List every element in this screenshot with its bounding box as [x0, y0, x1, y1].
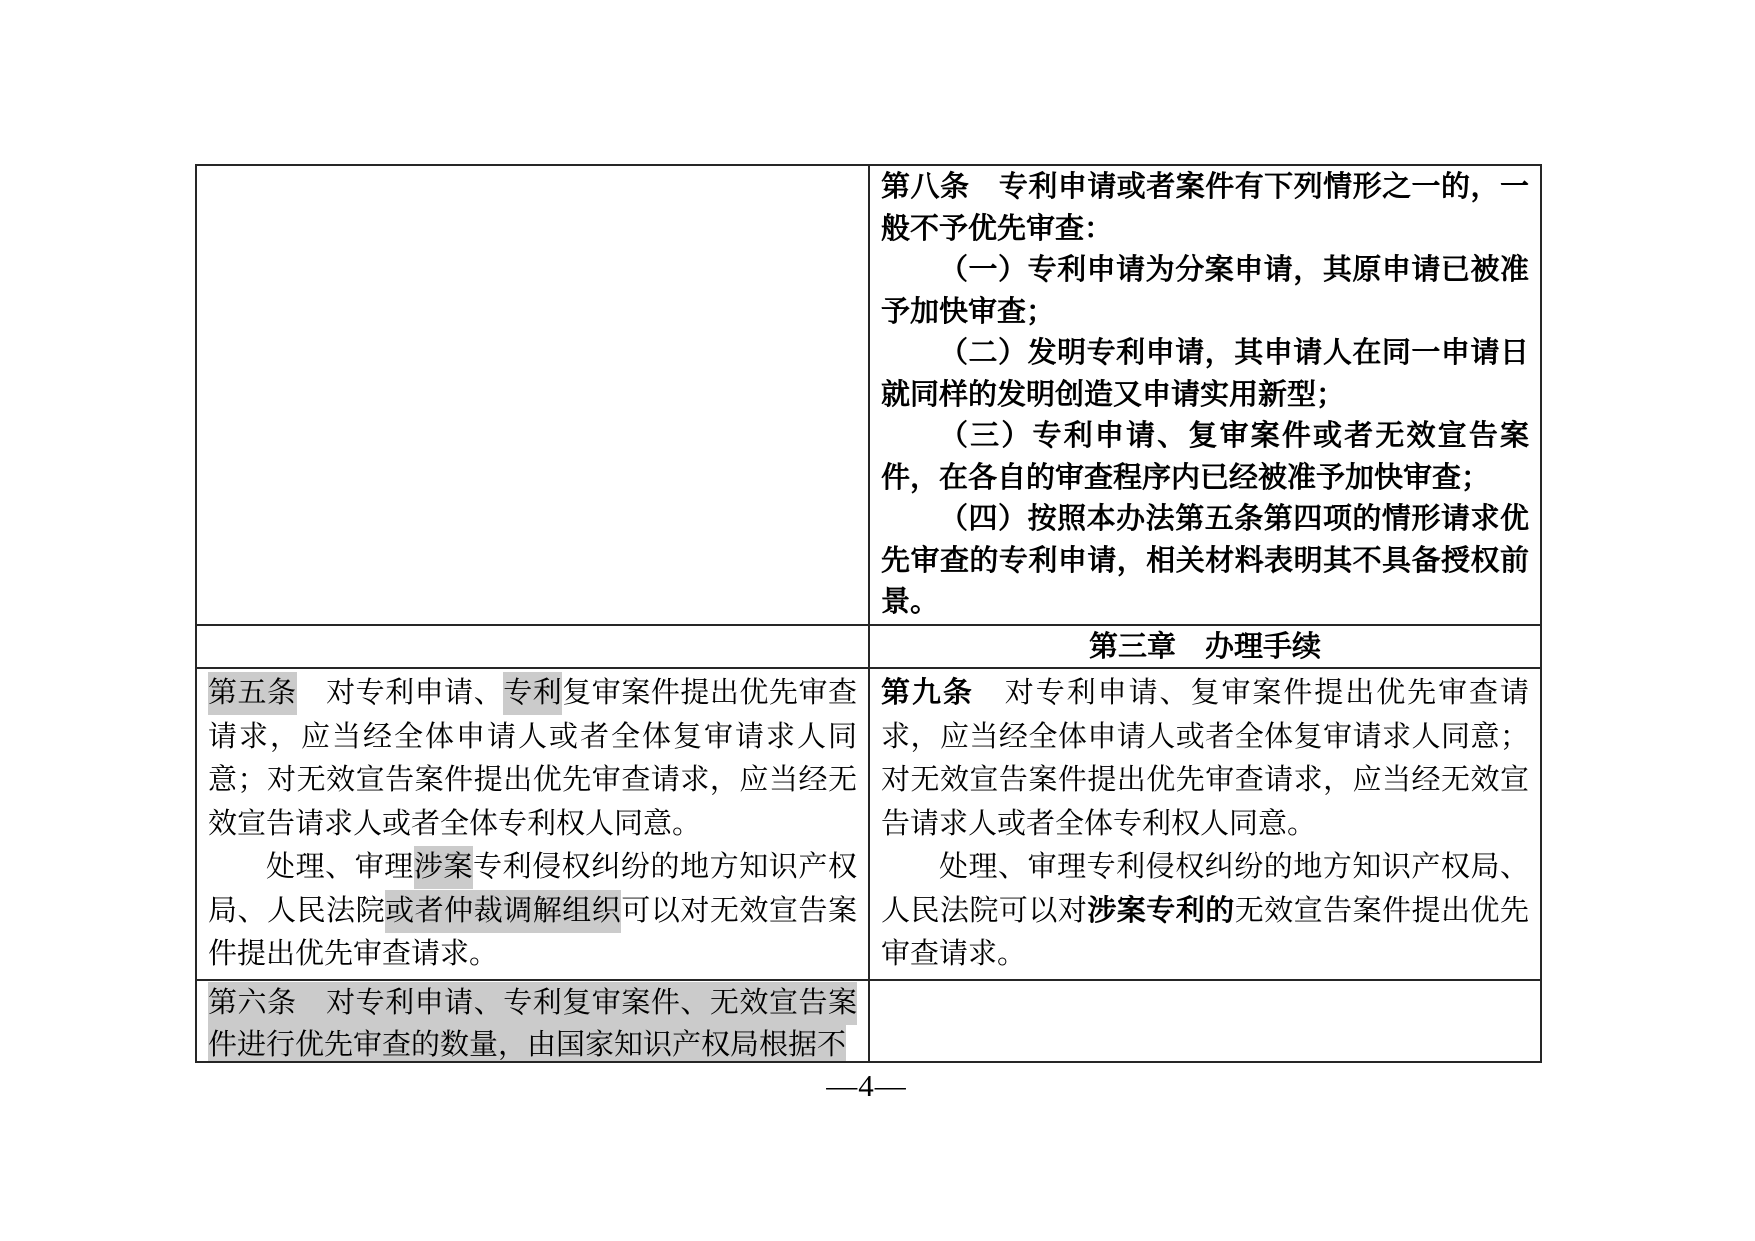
emphasized-text: 第九条	[881, 677, 974, 709]
text-segment: （二）发明专利申请，其申请人在同一申请日就同样的发明创造又申请实用新型；	[881, 337, 1529, 411]
paragraph: （二）发明专利申请，其申请人在同一申请日就同样的发明创造又申请实用新型；	[881, 333, 1529, 416]
highlighted-text: 第五条	[208, 672, 297, 715]
paragraph: 第三章 办理手续	[881, 627, 1529, 667]
row-chapter-3-heading: 第三章 办理手续	[197, 624, 1540, 667]
paragraph: （一）专利申请为分案申请，其原申请已被准予加快审查；	[881, 250, 1529, 333]
comparison-table: 第八条 专利申请或者案件有下列情形之一的，一般不予优先审查：（一）专利申请为分案…	[195, 164, 1542, 1063]
paragraph: 第九条 对专利申请、复审案件提出优先审查请求，应当经全体申请人或者全体复审请求人…	[881, 672, 1529, 846]
row-article-8-right-cell: 第八条 专利申请或者案件有下列情形之一的，一般不予优先审查：（一）专利申请为分案…	[868, 166, 1540, 624]
paragraph: （四）按照本办法第五条第四项的情形请求优先审查的专利申请，相关材料表明其不具备授…	[881, 499, 1529, 624]
highlighted-text: 或者仲裁调解组织	[385, 890, 621, 933]
row-article-8: 第八条 专利申请或者案件有下列情形之一的，一般不予优先审查：（一）专利申请为分案…	[197, 166, 1540, 624]
row-chapter-3-heading-right-cell: 第三章 办理手续	[868, 626, 1540, 667]
paragraph: 第六条 对专利申请、专利复审案件、无效宣告案件进行优先审查的数量，由国家知识产权…	[208, 982, 857, 1061]
row-article-6: 第六条 对专利申请、专利复审案件、无效宣告案件进行优先审查的数量，由国家知识产权…	[197, 979, 1540, 1061]
text-segment: 处理、审理	[266, 851, 414, 883]
text-segment: （四）按照本办法第五条第四项的情形请求优先审查的专利申请，相关材料表明其不具备授…	[881, 503, 1529, 618]
text-segment: 第三章 办理手续	[1089, 631, 1321, 663]
highlighted-text: 专利	[503, 672, 562, 715]
highlighted-text: 第六条 对专利申请、专利复审案件、无效宣告案件进行优先审查的数量，由国家知识产权…	[208, 982, 857, 1061]
row-chapter-3-heading-left-cell	[197, 626, 868, 667]
emphasized-text: 涉案专利的	[1087, 895, 1234, 927]
text-segment: （三）专利申请、复审案件或者无效宣告案件，在各自的审查程序内已经被准予加快审查；	[881, 420, 1529, 494]
paragraph: （三）专利申请、复审案件或者无效宣告案件，在各自的审查程序内已经被准予加快审查；	[881, 416, 1529, 499]
text-segment: 对专利申请、复审案件提出优先审查请求，应当经全体申请人或者全体复审请求人同意；对…	[881, 677, 1529, 840]
text-segment: 对专利申请、	[297, 677, 504, 709]
row-article-5-and-9-left-cell: 第五条 对专利申请、专利复审案件提出优先审查请求，应当经全体申请人或者全体复审请…	[197, 669, 868, 979]
text-segment: （一）专利申请为分案申请，其原申请已被准予加快审查；	[881, 254, 1529, 328]
page-number: —4—	[195, 1068, 1538, 1104]
row-article-5-and-9: 第五条 对专利申请、专利复审案件提出优先审查请求，应当经全体申请人或者全体复审请…	[197, 667, 1540, 979]
paragraph: 处理、审理专利侵权纠纷的地方知识产权局、人民法院可以对涉案专利的无效宣告案件提出…	[881, 846, 1529, 977]
row-article-8-left-cell	[197, 166, 868, 624]
row-article-6-left-cell: 第六条 对专利申请、专利复审案件、无效宣告案件进行优先审查的数量，由国家知识产权…	[197, 981, 868, 1061]
row-article-5-and-9-right-cell: 第九条 对专利申请、复审案件提出优先审查请求，应当经全体申请人或者全体复审请求人…	[868, 669, 1540, 979]
highlighted-text: 涉案	[414, 846, 473, 889]
row-article-6-right-cell	[868, 981, 1540, 1061]
paragraph: 处理、审理涉案专利侵权纠纷的地方知识产权局、人民法院或者仲裁调解组织可以对无效宣…	[208, 846, 857, 977]
text-segment: 第八条 专利申请或者案件有下列情形之一的，一般不予优先审查：	[881, 171, 1529, 245]
paragraph: 第八条 专利申请或者案件有下列情形之一的，一般不予优先审查：	[881, 167, 1529, 250]
paragraph: 第五条 对专利申请、专利复审案件提出优先审查请求，应当经全体申请人或者全体复审请…	[208, 672, 857, 846]
